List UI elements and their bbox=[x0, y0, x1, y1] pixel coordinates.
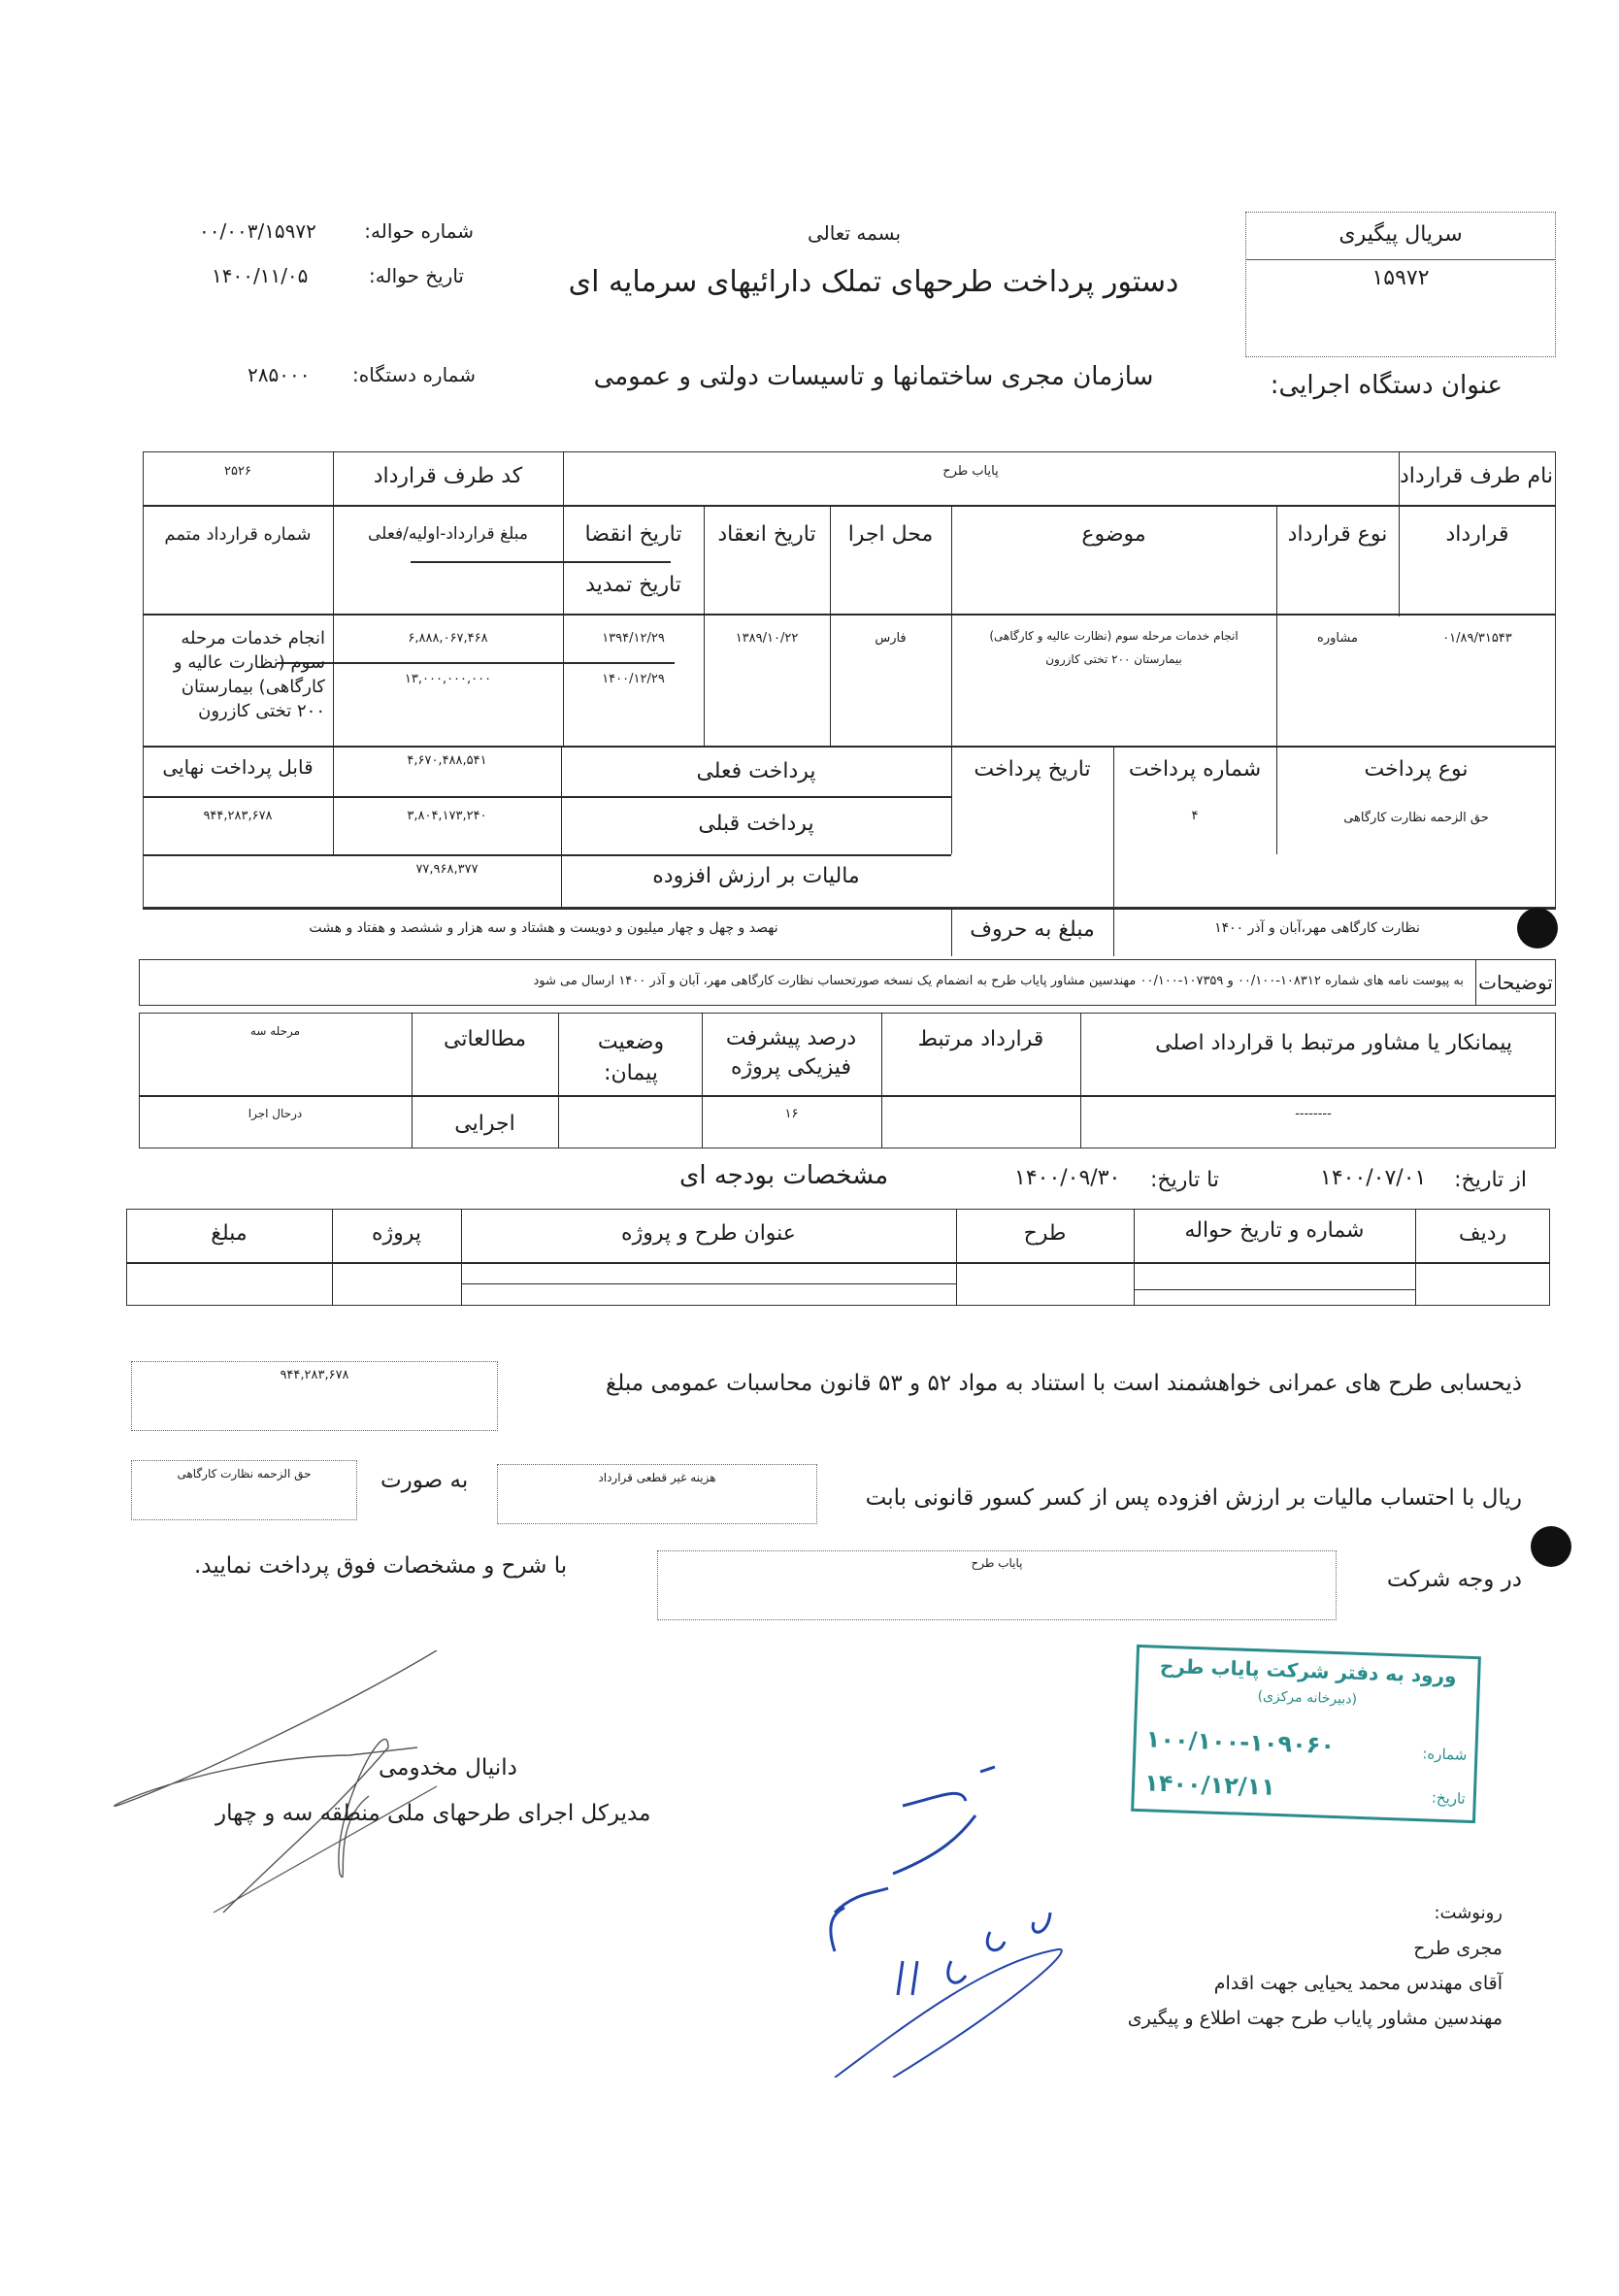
progress-value: ۱۶ bbox=[702, 1107, 881, 1121]
cc-label: رونوشت: bbox=[1434, 1903, 1503, 1923]
order-line3-prefix: در وجه شرکت bbox=[1387, 1567, 1522, 1592]
punch-hole-bottom bbox=[1531, 1526, 1571, 1567]
budget-col-title: عنوان طرح و پروژه bbox=[461, 1221, 956, 1246]
tracking-value: ۱۵۹۷۲ bbox=[1246, 266, 1555, 290]
device-no-label: شماره دستگاه: bbox=[352, 363, 476, 386]
notes-label: توضیحات bbox=[1475, 971, 1556, 994]
from-date: ۱۴۰۰/۰۷/۰۱ bbox=[1320, 1166, 1426, 1190]
period-description: نظارت کارگاهی مهر،آبان و آذر ۱۴۰۰ bbox=[1113, 920, 1521, 936]
bismillah: بسمه تعالی bbox=[757, 221, 951, 245]
party-code-label: کد طرف قرارداد bbox=[333, 464, 563, 488]
order-reason-box: هزینه غیر قطعی قرارداد bbox=[497, 1464, 817, 1524]
stamp-date-label: تاریخ: bbox=[1432, 1789, 1467, 1808]
budget-col-row: ردیف bbox=[1415, 1221, 1550, 1246]
related-contract-label: قرارداد مرتبط bbox=[881, 1027, 1080, 1051]
contract-location: فارس bbox=[830, 631, 951, 646]
vat-label: مالیات بر ارزش افزوده bbox=[561, 864, 951, 888]
progress-label: درصد پیشرفت فیزیکی پروژه bbox=[709, 1024, 874, 1082]
signatory-title: مدیرکل اجرای طرحهای ملی منطقه سه و چهار bbox=[215, 1801, 650, 1826]
org-name: سازمان مجری ساختمانها و تاسیسات دولتی و … bbox=[573, 362, 1174, 391]
header-amount: مبلغ قرارداد-اولیه/فعلی bbox=[333, 524, 563, 544]
punch-hole-top bbox=[1517, 908, 1558, 948]
transfer-no-label: شماره حواله: bbox=[364, 219, 474, 243]
org-label: عنوان دستگاه اجرایی: bbox=[1271, 371, 1503, 400]
order-line3-suffix: با شرح و مشخصات فوق پرداخت نمایید. bbox=[194, 1553, 567, 1579]
order-amount-box: ۹۴۴,۲۸۳,۶۷۸ bbox=[131, 1361, 498, 1431]
receipt-stamp: ورود به دفتر شرکت پایاب طرح (دبیرخانه مر… bbox=[1131, 1645, 1481, 1823]
contract-no: ۰۱/۸۹/۳۱۵۴۳ bbox=[1399, 631, 1556, 646]
order-as-box: حق الزحمه نظارت کارگاهی bbox=[131, 1460, 357, 1520]
amount-words: نهصد و چهل و چهار میلیون و دویست و هشتاد… bbox=[155, 920, 932, 936]
budget-col-project: پروژه bbox=[332, 1221, 461, 1246]
party-name-label: نام طرف قرارداد bbox=[1400, 464, 1553, 488]
contractor-value: -------- bbox=[1080, 1107, 1546, 1121]
to-date-label: تا تاریخ: bbox=[1150, 1168, 1219, 1192]
contract-amount-initial: ۶,۸۸۸,۰۶۷,۴۶۸ bbox=[333, 631, 563, 646]
party-code: ۲۵۲۶ bbox=[143, 464, 333, 479]
contractor-label: پیمانکار یا مشاور مرتبط با قرارداد اصلی bbox=[1155, 1031, 1512, 1055]
order-as-label: به صورت bbox=[380, 1468, 468, 1493]
previous-payment-amount: ۳,۸۰۴,۱۷۳,۲۴۰ bbox=[333, 809, 561, 823]
payment-number: ۴ bbox=[1113, 809, 1276, 823]
previous-payment-label: پرداخت قبلی bbox=[561, 812, 951, 836]
final-payable-amount: ۹۴۴,۲۸۳,۶۷۸ bbox=[143, 809, 333, 823]
header-expiry-date: تاریخ انقضا bbox=[563, 522, 704, 547]
stamp-number: ۱۰۰/۱۰۰-۱۰۹۰۶۰ bbox=[1145, 1725, 1335, 1759]
executive-label: اجرایی bbox=[412, 1112, 558, 1136]
budget-col-plan: طرح bbox=[956, 1221, 1134, 1246]
vat-amount: ۷۷,۹۶۸,۳۷۷ bbox=[333, 862, 561, 877]
stamp-subtitle: (دبیرخانه مرکزی) bbox=[1138, 1684, 1476, 1712]
order-line1: ذیحسابی طرح های عمرانی خواهشمند است با ا… bbox=[606, 1371, 1522, 1396]
header-extension-date: تاریخ تمدید bbox=[563, 573, 704, 597]
signature-scribble-icon bbox=[97, 1650, 544, 1922]
transfer-date-label: تاریخ حواله: bbox=[369, 264, 464, 287]
study-label: مطالعاتی bbox=[412, 1027, 558, 1051]
header-payment-number: شماره پرداخت bbox=[1113, 757, 1276, 782]
contract-subject-line1: انجام خدمات مرحله سوم (نظارت عالیه و کار… bbox=[951, 629, 1276, 643]
contract-expiry-date: ۱۳۹۴/۱۲/۲۹ bbox=[563, 631, 704, 646]
supplement-text: انجام خدمات مرحله سوم (نظارت عالیه و کار… bbox=[150, 626, 325, 723]
order-as-value: حق الزحمه نظارت کارگاهی bbox=[132, 1467, 356, 1481]
stamp-date: ۱۴۰۰/۱۲/۱۱ bbox=[1144, 1769, 1276, 1801]
stamp-title: ورود به دفتر شرکت پایاب طرح bbox=[1139, 1653, 1478, 1688]
document-title: دستور پرداخت طرحهای تملک دارائیهای سرمای… bbox=[563, 265, 1184, 299]
current-payment-amount: ۴,۶۷۰,۴۸۸,۵۴۱ bbox=[333, 753, 561, 768]
transfer-no: ۰۰/۰۰۳/۱۵۹۷۲ bbox=[199, 219, 316, 243]
payment-type: حق الزحمه نظارت کارگاهی bbox=[1276, 811, 1556, 825]
cc-item-1: مجری طرح bbox=[1413, 1938, 1503, 1959]
header-supplement-no: شماره قرارداد متمم bbox=[143, 524, 333, 545]
contract-sign-date: ۱۳۸۹/۱۰/۲۲ bbox=[704, 631, 830, 646]
order-reason: هزینه غیر قطعی قرارداد bbox=[498, 1471, 816, 1484]
header-contract-type: نوع قرارداد bbox=[1276, 522, 1399, 547]
signatory-name: دانیال مخدومی bbox=[379, 1755, 517, 1780]
budget-col-transfer: شماره و تاریخ حواله bbox=[1134, 1218, 1415, 1243]
order-company: پایاب طرح bbox=[658, 1556, 1336, 1570]
contract-amount-current: ۱۳,۰۰۰,۰۰۰,۰۰۰ bbox=[333, 672, 563, 686]
transfer-date: ۱۴۰۰/۱۱/۰۵ bbox=[212, 264, 308, 287]
contract-type: مشاوره bbox=[1276, 631, 1399, 646]
study-value: مرحله سه bbox=[139, 1024, 412, 1038]
header-payment-type: نوع پرداخت bbox=[1276, 757, 1556, 782]
contract-subject-line2: بیمارستان ۲۰۰ تختی کازرون bbox=[951, 652, 1276, 666]
stamp-number-label: شماره: bbox=[1422, 1745, 1468, 1764]
party-name: پایاب طرح bbox=[874, 464, 1068, 479]
header-location: محل اجرا bbox=[830, 522, 951, 547]
to-date: ۱۴۰۰/۰۹/۳۰ bbox=[1014, 1166, 1120, 1190]
status-label: وضعیت پیمان: bbox=[568, 1027, 694, 1089]
budget-title: مشخصات بودجه ای bbox=[679, 1161, 888, 1190]
amount-words-label: مبلغ به حروف bbox=[951, 917, 1113, 942]
handwritten-note-icon bbox=[796, 1728, 1087, 2078]
header-final-payable: قابل پرداخت نهایی bbox=[143, 755, 333, 779]
from-date-label: از تاریخ: bbox=[1454, 1168, 1527, 1192]
contract-extension-date: ۱۴۰۰/۱۲/۲۹ bbox=[563, 672, 704, 686]
header-subject: موضوع bbox=[951, 522, 1276, 547]
cc-item-3: مهندسین مشاور پایاب طرح جهت اطلاع و پیگی… bbox=[1128, 2008, 1503, 2029]
executive-value: درحال اجرا bbox=[139, 1107, 412, 1120]
budget-col-amount: مبلغ bbox=[126, 1221, 332, 1246]
header-current-payment: پرداخت فعلی bbox=[561, 759, 951, 783]
header-contract: قرارداد bbox=[1399, 522, 1556, 547]
order-amount: ۹۴۴,۲۸۳,۶۷۸ bbox=[132, 1368, 497, 1382]
cc-item-2: آقای مهندس محمد یحیایی جهت اقدام bbox=[1214, 1973, 1503, 1994]
notes-text: به پیوست نامه های شماره ۱۰۸۳۱۲-۰۰/۱۰۰ و … bbox=[534, 974, 1464, 988]
order-company-box: پایاب طرح bbox=[657, 1550, 1337, 1620]
device-no: ۲۸۵۰۰۰ bbox=[248, 363, 310, 386]
order-line2: ریال با احتساب مالیات بر ارزش افزوده پس … bbox=[866, 1485, 1522, 1511]
header-sign-date: تاریخ انعقاد bbox=[704, 522, 830, 547]
tracking-box: سریال پیگیری ۱۵۹۷۲ bbox=[1245, 212, 1556, 357]
header-payment-date: تاریخ پرداخت bbox=[951, 757, 1113, 782]
tracking-label: سریال پیگیری bbox=[1246, 222, 1555, 247]
